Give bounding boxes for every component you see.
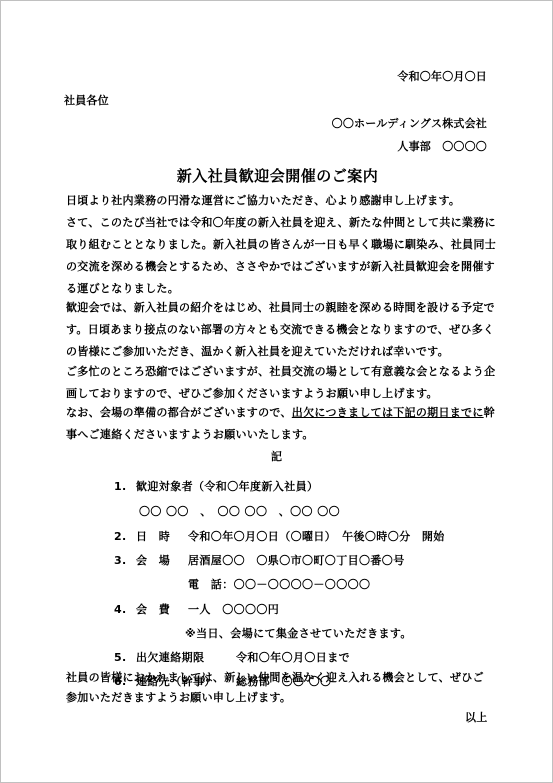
paragraph-2: 歓迎会では、新入社員の紹介をはじめ、社員同士の親睦を深める時間を設ける予定で す…	[66, 297, 491, 363]
item-3-phone: 電 話：〇〇－〇〇〇〇－〇〇〇〇	[188, 576, 370, 592]
paragraph-line: さて、このたび当社では令和〇年度の新入社員を迎え、新たな仲間として共に業務に	[66, 212, 491, 234]
paragraph-line: 社員の皆様におかれましては、新しい仲間を温かく迎え入れる機会として、ぜひご	[66, 668, 491, 688]
paragraph-line: 参加いただきますようお願い申し上げます。	[66, 688, 491, 708]
item-number: 3.	[114, 554, 136, 567]
list-item-4: 4.会 費一人 〇〇〇〇円	[114, 601, 279, 617]
list-item-5: 5.出欠連絡期限令和〇年〇月〇日まで	[114, 649, 350, 665]
paragraph-line: なお、会場の準備の都合がございますので、出欠につきましては下記の期日までに幹	[66, 402, 491, 424]
paragraph-line: 取り組むこととなりました。新入社員の皆さんが一日も早く職場に馴染み、社員同士	[66, 234, 491, 256]
item-label: 会 場	[136, 552, 188, 568]
document-date: 令和〇年〇月〇日	[397, 68, 487, 84]
item-value: 令和〇年〇月〇日（〇曜日） 午後〇時〇分 開始	[188, 530, 445, 543]
item-number: 5.	[114, 651, 136, 664]
item-value: 令和〇年〇月〇日まで	[236, 651, 350, 664]
list-item-2: 2.日 時令和〇年〇月〇日（〇曜日） 午後〇時〇分 開始	[114, 528, 445, 544]
paragraph-line: す。日頃あまり接点のない部署の方々とも交流できる機会となりますので、ぜひ多く	[66, 319, 491, 341]
page-title: 新入社員歓迎会開催のご案内	[1, 165, 553, 186]
paragraph-text: なお、会場の準備の都合がございますので、	[66, 406, 292, 419]
paragraph-1: さて、このたび当社では令和〇年度の新入社員を迎え、新たな仲間として共に業務に 取…	[66, 212, 491, 300]
item-1-names: 〇〇 〇〇 、 〇〇 〇〇 、〇〇 〇〇	[139, 503, 340, 519]
list-item-3: 3.会 場居酒屋〇〇 〇県〇市〇町〇丁目〇番〇号	[114, 552, 405, 568]
item-label: 日 時	[136, 528, 188, 544]
paragraph-line: の皆様にご参加いただき、温かく新入社員を迎えていただければ幸いです。	[66, 341, 491, 363]
item-value: 居酒屋〇〇 〇県〇市〇町〇丁目〇番〇号	[188, 554, 405, 567]
paragraph-line: 事へご連絡くださいますようお願いいたします。	[66, 424, 491, 446]
paragraph-line: の交流を深める機会とするため、ささやかではございますが新入社員歓迎会を開催す	[66, 256, 491, 278]
greeting-line: 日頃より社内業務の円滑な運営にご協力いただき、心より感謝申し上げます。	[66, 190, 491, 212]
greeting-paragraph: 日頃より社内業務の円滑な運営にご協力いただき、心より感謝申し上げます。	[66, 190, 491, 212]
underlined-deadline-text: 出欠につきましては下記の期日までに	[292, 406, 484, 419]
item-number: 1.	[114, 480, 136, 493]
ki-heading: 記	[271, 448, 282, 464]
item-4-note: ※当日、会場にて集金させていただきます。	[185, 625, 412, 641]
sender-company: 〇〇ホールディングス株式会社	[332, 115, 487, 131]
paragraph-line: 歓迎会では、新入社員の紹介をはじめ、社員同士の親睦を深める時間を設ける予定で	[66, 297, 491, 319]
paragraph-line: ご多忙のところ恐縮ではございますが、社員交流の場として有意義な会となるよう企	[66, 361, 491, 383]
item-label: 出欠連絡期限	[136, 649, 236, 665]
recipient: 社員各位	[64, 92, 109, 108]
list-item-1: 1.歓迎対象者（令和〇年度新入社員）	[114, 478, 318, 494]
item-label: 歓迎対象者（令和〇年度新入社員）	[136, 478, 318, 494]
item-number: 4.	[114, 603, 136, 616]
closing-paragraph: 社員の皆様におかれましては、新しい仲間を温かく迎え入れる機会として、ぜひご 参加…	[66, 668, 491, 708]
sender-department: 人事部 〇〇〇〇	[397, 138, 487, 154]
item-number: 2.	[114, 530, 136, 543]
document-page: 令和〇年〇月〇日 社員各位 〇〇ホールディングス株式会社 人事部 〇〇〇〇 新入…	[0, 0, 553, 783]
paragraph-4: なお、会場の準備の都合がございますので、出欠につきましては下記の期日までに幹 事…	[66, 402, 491, 446]
item-value: 一人 〇〇〇〇円	[188, 603, 279, 616]
paragraph-text: 幹	[484, 406, 495, 419]
end-mark: 以上	[465, 709, 487, 725]
item-label: 会 費	[136, 601, 188, 617]
paragraph-3: ご多忙のところ恐縮ではございますが、社員交流の場として有意義な会となるよう企 画…	[66, 361, 491, 405]
